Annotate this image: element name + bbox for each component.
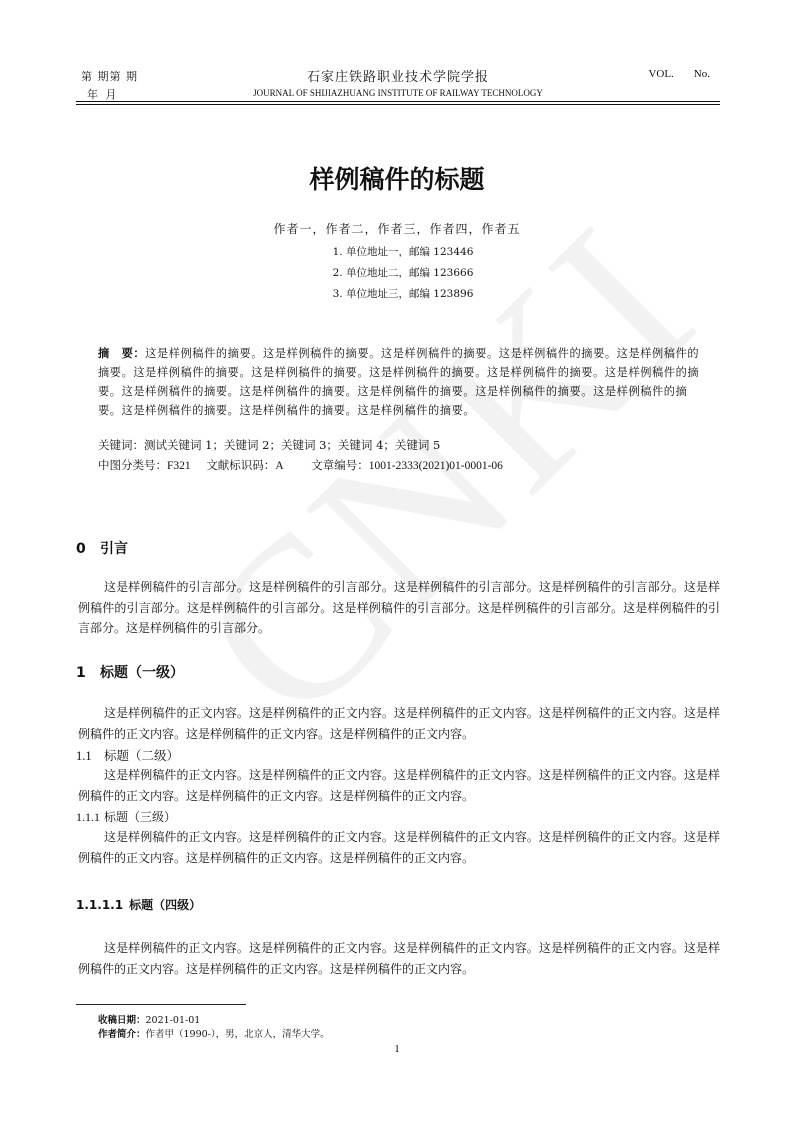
keywords-label: 关键词： (98, 438, 144, 452)
abstract-label: 摘 要： (98, 347, 145, 360)
affiliation-item: 1. 单位地址一，邮编 123446 (0, 242, 794, 263)
footnote-rule (76, 1004, 246, 1005)
page-number: 1 (0, 1043, 794, 1055)
affiliation-item: 2. 单位地址二，邮编 123666 (0, 263, 794, 284)
section-heading-1-1: 1.1标题（二级） (76, 746, 179, 764)
journal-header: 第 期第 期 年 月 石家庄铁路职业技术学院学报 JOURNAL OF SHIJ… (76, 66, 720, 104)
doc-code-label: 文献标识码： (206, 458, 275, 472)
section-paragraph-1-1-1-1: 这是样例稿件的正文内容。这是样例稿件的正文内容。这是样例稿件的正文内容。这是样例… (78, 938, 720, 979)
section-heading-1-1-1-1: 1.1.1.1标题（四级） (76, 896, 201, 913)
volume-number: VOL.No. (628, 68, 710, 80)
author-list: 作者一，作者二，作者三，作者四，作者五 (0, 220, 794, 237)
clc-label: 中图分类号： (98, 458, 167, 472)
no-label: No. (694, 68, 710, 80)
journal-name-cn: 石家庄铁路职业技术学院学报 (76, 66, 720, 85)
keywords-text: 测试关键词 1；关键词 2；关键词 3；关键词 4；关键词 5 (144, 438, 440, 452)
section-paragraph-1: 这是样例稿件的正文内容。这是样例稿件的正文内容。这是样例稿件的正文内容。这是样例… (78, 703, 720, 744)
clc-value: F321 (167, 460, 191, 472)
section-paragraph-1-1: 这是样例稿件的正文内容。这是样例稿件的正文内容。这是样例稿件的正文内容。这是样例… (78, 765, 720, 806)
article-no-value: 1001-2333(2021)01-0001-06 (369, 460, 503, 472)
paper-page: CNKI 第 期第 期 年 月 石家庄铁路职业技术学院学报 JOURNAL OF… (0, 0, 794, 1123)
footnote-received: 收稿日期：2021-01-01 (98, 1012, 200, 1026)
header-rule-thin (76, 104, 720, 105)
classification-line: 中图分类号：F321 文献标识码：A 文章编号：1001-2333(2021)0… (98, 455, 700, 476)
section-heading-0: 0引言 (76, 538, 128, 558)
vol-label: VOL. (648, 68, 673, 80)
keywords: 关键词：测试关键词 1；关键词 2；关键词 3；关键词 4；关键词 5 (98, 435, 700, 455)
header-rule-thick (76, 101, 720, 102)
article-title: 样例稿件的标题 (0, 160, 794, 196)
section-paragraph-1-1-1: 这是样例稿件的正文内容。这是样例稿件的正文内容。这是样例稿件的正文内容。这是样例… (78, 827, 720, 868)
section-heading-1-1-1: 1.1.1标题（三级） (76, 808, 176, 825)
abstract-text: 这是样例稿件的摘要。这是样例稿件的摘要。这是样例稿件的摘要。这是样例稿件的摘要。… (98, 347, 699, 417)
affiliation-item: 3. 单位地址三，邮编 123896 (0, 284, 794, 305)
article-no-label: 文章编号： (311, 458, 369, 472)
section-heading-1: 1标题（一级） (76, 662, 184, 682)
abstract: 摘 要：这是样例稿件的摘要。这是样例稿件的摘要。这是样例稿件的摘要。这是样例稿件… (98, 344, 700, 420)
affiliation-list: 1. 单位地址一，邮编 123446 2. 单位地址二，邮编 123666 3.… (0, 242, 794, 305)
footnote-author-bio: 作者简介：作者甲（1990-），男，北京人，清华大学。 (98, 1026, 330, 1040)
doc-code-value: A (275, 460, 283, 472)
journal-name-en: JOURNAL OF SHIJIAZHUANG INSTITUTE OF RAI… (76, 88, 720, 98)
section-paragraph-0: 这是样例稿件的引言部分。这是样例稿件的引言部分。这是样例稿件的引言部分。这是样例… (78, 577, 720, 639)
